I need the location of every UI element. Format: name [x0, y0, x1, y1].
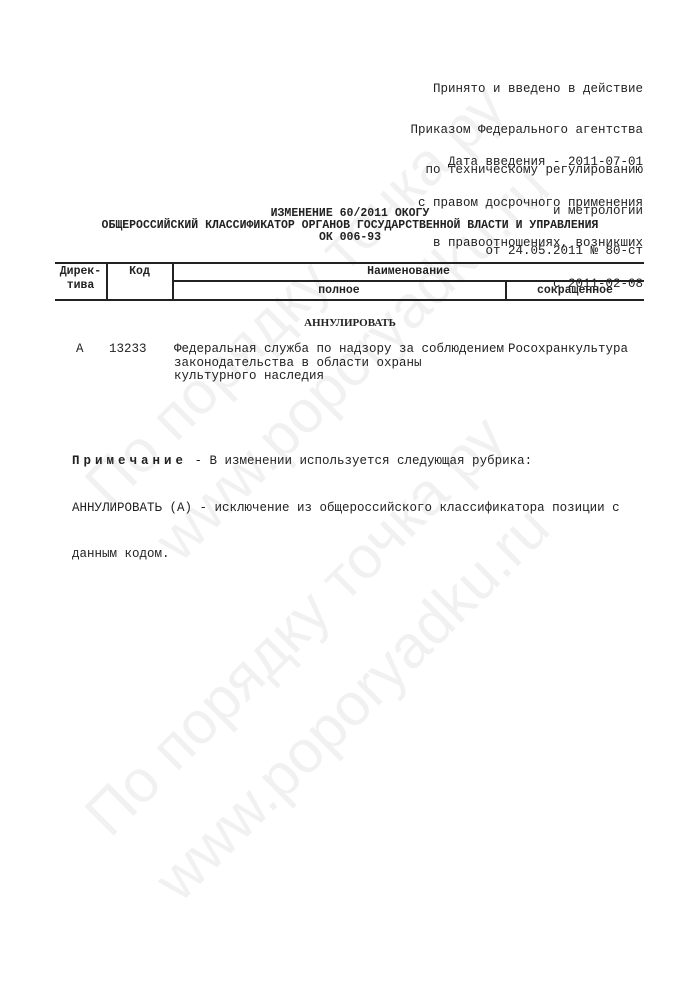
header-directive-line1: Дирек- [55, 265, 106, 279]
intro-line: Дата введения - 2011-07-01 [418, 156, 643, 170]
section-title: АННУЛИРОВАТЬ [60, 317, 640, 329]
table-header: Дирек- тива Код Наименование полное сокр… [55, 262, 644, 300]
header-code: Код [107, 265, 172, 279]
document-title: ИЗМЕНЕНИЕ 60/2011 ОКОГУ ОБЩЕРОССИЙСКИЙ К… [60, 208, 640, 244]
note-intro: - В изменении используется следующая руб… [187, 454, 532, 468]
header-directive: Дирек- тива [55, 265, 106, 293]
header-short: сокращенное [506, 284, 644, 298]
table-bottom-border [55, 299, 644, 301]
title-line-3: ОК 006-93 [60, 232, 640, 244]
header-name: Наименование [173, 265, 644, 279]
note-line-1: Примечание - В изменении используется сл… [72, 454, 642, 470]
note-line-3: данным кодом. [72, 547, 642, 563]
note-label: Примечание [72, 454, 187, 468]
table-top-border [55, 262, 644, 264]
note-line-2: АННУЛИРОВАТЬ (А) - исключение из общерос… [72, 501, 642, 517]
header-directive-line2: тива [55, 279, 106, 293]
header-full: полное [173, 284, 505, 298]
row-directive: А [76, 343, 84, 357]
approval-line: Принято и введено в действие [410, 83, 643, 97]
row-short-name: Росохранкультура [508, 343, 628, 357]
row-full-name: Федеральная служба по надзору за соблюде… [174, 343, 504, 384]
table-mid-border [172, 280, 644, 282]
row-code: 13233 [109, 343, 147, 357]
note-block: Примечание - В изменении используется сл… [72, 423, 642, 578]
